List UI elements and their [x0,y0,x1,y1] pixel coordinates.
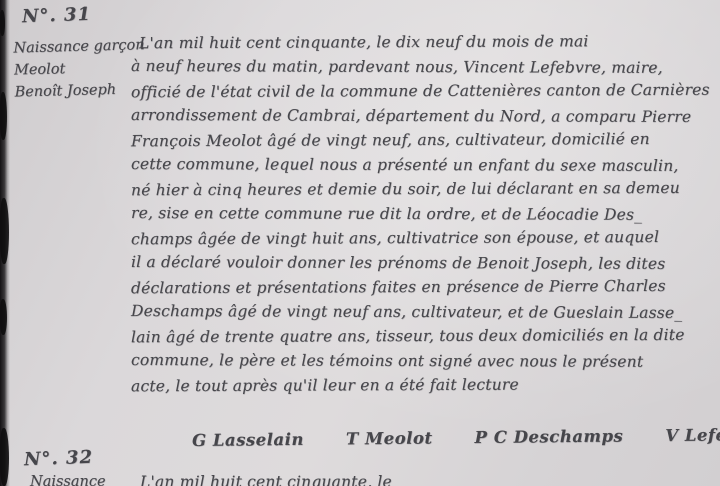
act-line: à neuf heures du matin, pardevant nous, … [131,53,713,80]
act-line: champs âgée de vingt huit ans, cultivatr… [131,225,713,252]
binding-stain [0,198,9,264]
act-line: lain âgé de trente quatre ans, tisseur, … [131,323,713,350]
binding-stain [0,10,5,36]
act-line: commune, le père et les témoins ont sign… [131,347,713,374]
act-line: déclarations et présentations faites en … [131,274,713,301]
signature: G Lasselain [192,430,304,450]
margin-annotation-line: Meolot [14,56,133,81]
binding-stain [0,428,9,486]
binding-stain [0,92,7,140]
next-record-body-fragment: L'an mil huit cent cinquante, le [140,473,392,486]
signature: T Meolot [346,429,433,449]
act-line: acte, le tout après qu'il leur en a été … [131,372,713,399]
signature: V Lefebvre [665,425,720,445]
act-line: re, sise en cette commune rue dit la ord… [131,200,713,227]
signature-row: G Lasselain T Meolot P C Deschamps V Lef… [192,425,720,450]
next-record-margin-fragment: Naissance [30,474,106,486]
act-line: il a déclaré vouloir donner les prénoms … [131,249,713,276]
margin-annotation: Naissance garçon Meolot Benoît Joseph [13,34,133,103]
act-line: officié de l'état civil de la commune de… [131,78,713,105]
act-line: L'an mil huit cent cinquante, le dix neu… [131,29,713,56]
margin-annotation-line: Naissance garçon [13,34,132,59]
act-line: François Meolot âgé de vingt neuf, ans, … [131,127,713,154]
register-page: N°. 31 Naissance garçon Meolot Benoît Jo… [0,0,720,486]
act-line: né hier à cinq heures et demie du soir, … [131,176,713,203]
binding-stain [0,299,7,335]
act-line: arrondissement de Cambrai, département d… [131,102,713,129]
act-body-text: L'an mil huit cent cinquante, le dix neu… [131,30,713,398]
record-number: N°. 31 [22,4,92,27]
next-record-number: N°. 32 [24,447,94,470]
act-line: Deschamps âgé de vingt neuf ans, cultiva… [131,298,713,325]
act-line: cette commune, lequel nous a présenté un… [131,151,713,178]
signature: P C Deschamps [475,427,624,448]
margin-annotation-line: Benoît Joseph [14,78,133,103]
